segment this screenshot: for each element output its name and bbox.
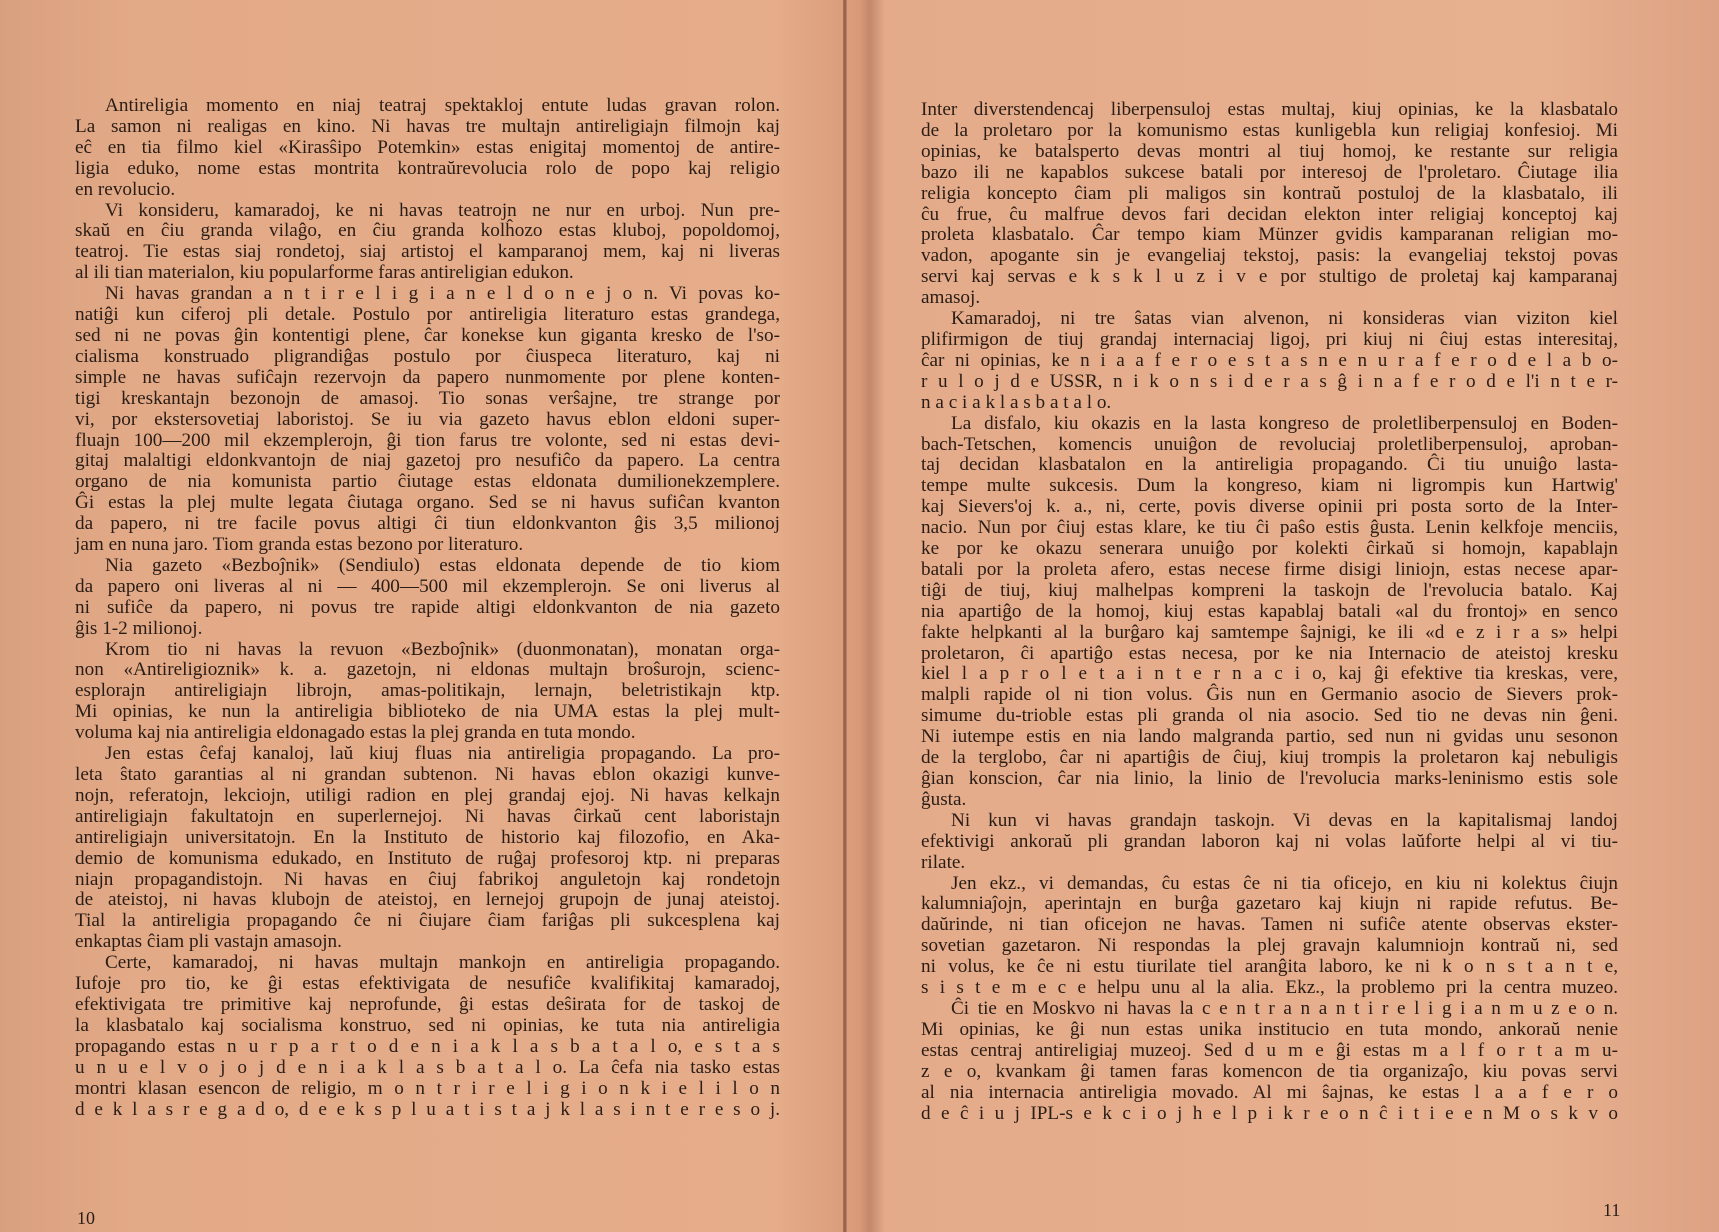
text-line: Ĉi tie en Moskvo ni havas la c e n t r a… — [921, 999, 1618, 1020]
text-line: proleta klasbatalo. Ĉar tempo kiam Münze… — [921, 225, 1618, 246]
text-line: cialisma konstruado pligrandiĝas postulo… — [75, 347, 780, 368]
text-line: Vi konsideru, kamaradoj, ke ni havas tea… — [75, 201, 780, 222]
text-line: ligia eduko, nome estas montrita kontraŭ… — [75, 159, 780, 180]
text-line: gitaj malaltigi eldonkvantojn de niaj ga… — [75, 451, 780, 472]
text-line: eĉ en tia filmo kiel «Kirasŝipo Potemkin… — [75, 138, 780, 159]
text-line: batali por la proleta afero, estas neces… — [921, 560, 1618, 581]
text-line: Mi opinias, ke nun la antireligia biblio… — [75, 702, 780, 723]
text-line: Mi opinias, ke ĝi nun estas unika instit… — [921, 1020, 1618, 1041]
book-spread: Antireligia momento en niaj teatraj spek… — [0, 0, 1719, 1232]
text-line: kalumniaĵojn, aperintajn en burĝa gazeta… — [921, 894, 1618, 915]
left-page-number: 10 — [77, 1208, 95, 1229]
text-line: vadon, apogante sin je evangeliaj teksto… — [921, 246, 1618, 267]
text-line: niajn propagandistojn. Ni havas en ĉiuj … — [75, 870, 780, 891]
text-line: sovetian gazetaron. Ni respondas la plej… — [921, 936, 1618, 957]
text-line: servi kaj servas e k s k l u z i v e por… — [921, 267, 1618, 288]
text-line: estas centraj antireligiaj muzeoj. Sed d… — [921, 1041, 1618, 1062]
text-line: proletaron, ĉi apartiĝo estas necesa, po… — [921, 644, 1618, 665]
text-line: nacio. Nun por ĉiuj estas klare, ke tiu … — [921, 518, 1618, 539]
text-line: tigi kreskantajn bezonojn de amasoj. Tio… — [75, 389, 780, 410]
text-line: amasoj. — [921, 288, 1618, 309]
text-line: Ni havas grandan a n t i r e l i g i a n… — [75, 284, 780, 305]
text-line: r u l o j d e USSR, n i k o n s i d e r … — [921, 372, 1618, 393]
text-line: religia koncepto ĉiam pli maligos sin ko… — [921, 184, 1618, 205]
text-line: fakte helpkanti al la burĝaro kaj samtem… — [921, 623, 1618, 644]
text-line: Tial la antireligia propagando ĉe ni ĉiu… — [75, 911, 780, 932]
text-line: La samon ni realigas en kino. Ni havas t… — [75, 117, 780, 138]
text-line: teatroj. Tie estas siaj rondetoj, siaj a… — [75, 242, 780, 263]
text-line: Inter diverstendencaj liberpensuloj esta… — [921, 100, 1618, 121]
text-line: malpli rapide ol ni tion volus. Ĝis nun … — [921, 685, 1618, 706]
right-page-number: 11 — [1603, 1200, 1620, 1221]
text-line: Ĝi estas la plej multe legata ĉiutaga or… — [75, 493, 780, 514]
text-line: antireligiajn fakultatojn en superlernej… — [75, 807, 780, 828]
text-line: demio de komunisma edukado, en Instituto… — [75, 849, 780, 870]
text-line: simple ne havas sufiĉajn rezervojn da pa… — [75, 368, 780, 389]
text-line: propagando estas n u r p a r t o d e n i… — [75, 1037, 780, 1058]
text-line: ĝian konscion, ĉar nia linio, la linio d… — [921, 769, 1618, 790]
text-line: bach-Tetschen, komencis unuiĝon de revol… — [921, 435, 1618, 456]
text-line: ni volus, ke ĉe ni estu tiurilate tiel a… — [921, 957, 1618, 978]
text-line: al nia internacia antireligia movado. Al… — [921, 1083, 1618, 1104]
text-line: jam en nuna jaro. Tiom granda estas bezo… — [75, 535, 780, 556]
text-line: montri klasan esencon de religio, m o n … — [75, 1079, 780, 1100]
text-line: antireligiajn universitatojn. En la Inst… — [75, 828, 780, 849]
text-line: da papero, ni tre facile povus altigi ĉi… — [75, 514, 780, 535]
text-line: sed ni ne povas ĝin kontentigi plene, ĉa… — [75, 326, 780, 347]
text-line: la klasbatalo kaj socialisma konstruo, s… — [75, 1016, 780, 1037]
text-line: non «Antireligioznik» k. a. gazetojn, ni… — [75, 660, 780, 681]
text-line: Ni kun vi havas grandajn taskojn. Vi dev… — [921, 811, 1618, 832]
text-line: al ili tian materialon, kiu popularforme… — [75, 263, 780, 284]
text-line: skaŭ en ĉiu granda vilaĝo, en ĉiu granda… — [75, 221, 780, 242]
text-line: Jen ekz., vi demandas, ĉu estas ĉe ni ti… — [921, 874, 1618, 895]
text-line: simume du-trioble estas pli granda ol ni… — [921, 706, 1618, 727]
book-gutter — [843, 0, 847, 1232]
text-line: Jen estas ĉefaj kanaloj, laŭ kiuj fluas … — [75, 744, 780, 765]
text-line: s i s t e m e c e helpu unu al la alia. … — [921, 978, 1618, 999]
text-line: natiĝi kun ciferoj pli detale. Postulo p… — [75, 305, 780, 326]
text-line: de la proletaro por la komunismo estas k… — [921, 121, 1618, 142]
text-line: ni sufiĉe da papero, ni povus tre rapide… — [75, 598, 780, 619]
text-line: tempe multe sukcesis. Dum la kongreso, k… — [921, 476, 1618, 497]
text-line: Kamaradoj, ni tre ŝatas vian alvenon, ni… — [921, 309, 1618, 330]
text-line: plifirmigon de tiuj grandaj internaciaj … — [921, 330, 1618, 351]
text-line: d e k l a s r e g a d o, d e e k s p l u… — [75, 1100, 780, 1121]
text-line: efektivigata tre primitive kaj neprofund… — [75, 995, 780, 1016]
text-line: bazo ili ne kapablos sukcese batali por … — [921, 163, 1618, 184]
text-line: kiel l a p r o l e t a i n t e r n a c i… — [921, 664, 1618, 685]
text-line: en revolucio. — [75, 180, 780, 201]
text-line: ke por ke okazu senerara unuiĝo por kole… — [921, 539, 1618, 560]
text-line: Nia gazeto «Bezboĵnik» (Sendiulo) estas … — [75, 556, 780, 577]
text-line: efektivigi ankoraŭ pli grandan laboron k… — [921, 832, 1618, 853]
text-line: d e ĉ i u j IPL-s e k c i o j h e l p i … — [921, 1104, 1618, 1125]
text-line: organo de nia komunista partio ĉiutage e… — [75, 472, 780, 493]
text-line: rilate. — [921, 853, 1618, 874]
text-line: vi, por ekstersovetiaj laboristoj. Se iu… — [75, 410, 780, 431]
text-line: tiĝi de tiuj, kiuj malhelpas kompreni la… — [921, 581, 1618, 602]
text-line: de la terglobo, ĉar ni apartiĝis de ĉiuj… — [921, 748, 1618, 769]
text-line: nojn, referatojn, lekciojn, utiligi radi… — [75, 786, 780, 807]
text-line: Ni iutempe estis en nia lando malgranda … — [921, 727, 1618, 748]
text-line: nia apartiĝo de la homoj, kiuj estas kap… — [921, 602, 1618, 623]
text-line: La disfalo, kiu okazis en la lasta kongr… — [921, 414, 1618, 435]
text-line: enkaptas ĉiam pli vastajn amasojn. — [75, 932, 780, 953]
text-line: fluajn 100—200 mil ekzemplerojn, ĝi tion… — [75, 431, 780, 452]
text-line: Iufoje pro tio, ke ĝi estas efektivigata… — [75, 974, 780, 995]
text-line: kaj Sievers'oj k. a., ni, certe, povis d… — [921, 497, 1618, 518]
text-line: da papero oni liveras al ni — 400—500 mi… — [75, 577, 780, 598]
text-line: ĝis 1-2 milionoj. — [75, 619, 780, 640]
right-page-text: Inter diverstendencaj liberpensuloj esta… — [921, 100, 1618, 1124]
text-line: opinias, ke batalsperto devas montri al … — [921, 142, 1618, 163]
text-line: voluma kaj nia antireligia eldonagado es… — [75, 723, 780, 744]
text-line: u n u e l v o j o j d e n i a k l a s b … — [75, 1058, 780, 1079]
text-line: n a c i a k l a s b a t a l o. — [921, 393, 1618, 414]
text-line: taj decidan klasbatalon en la antireligi… — [921, 455, 1618, 476]
left-page-text: Antireligia momento en niaj teatraj spek… — [75, 96, 780, 1120]
text-line: z e o, kvankam ĝi tamen faras komencon d… — [921, 1062, 1618, 1083]
text-line: de ateistoj, ni havas klubojn de ateisto… — [75, 890, 780, 911]
text-line: ĉu frue, ĉu malfrue devos fari decidan e… — [921, 205, 1618, 226]
text-line: Antireligia momento en niaj teatraj spek… — [75, 96, 780, 117]
text-line: ĉar ni opinias, ke n i a a f e r o e s t… — [921, 351, 1618, 372]
text-line: leta ŝtato garantias al ni grandan subte… — [75, 765, 780, 786]
text-line: daŭrinde, ni tian oficejon ne havas. Tam… — [921, 915, 1618, 936]
text-line: Certe, kamaradoj, ni havas multajn manko… — [75, 953, 780, 974]
text-line: esplorajn antireligiajn librojn, amas-po… — [75, 681, 780, 702]
text-line: Krom tio ni havas la revuon «Bezboĵnik» … — [75, 640, 780, 661]
text-line: ĝusta. — [921, 790, 1618, 811]
